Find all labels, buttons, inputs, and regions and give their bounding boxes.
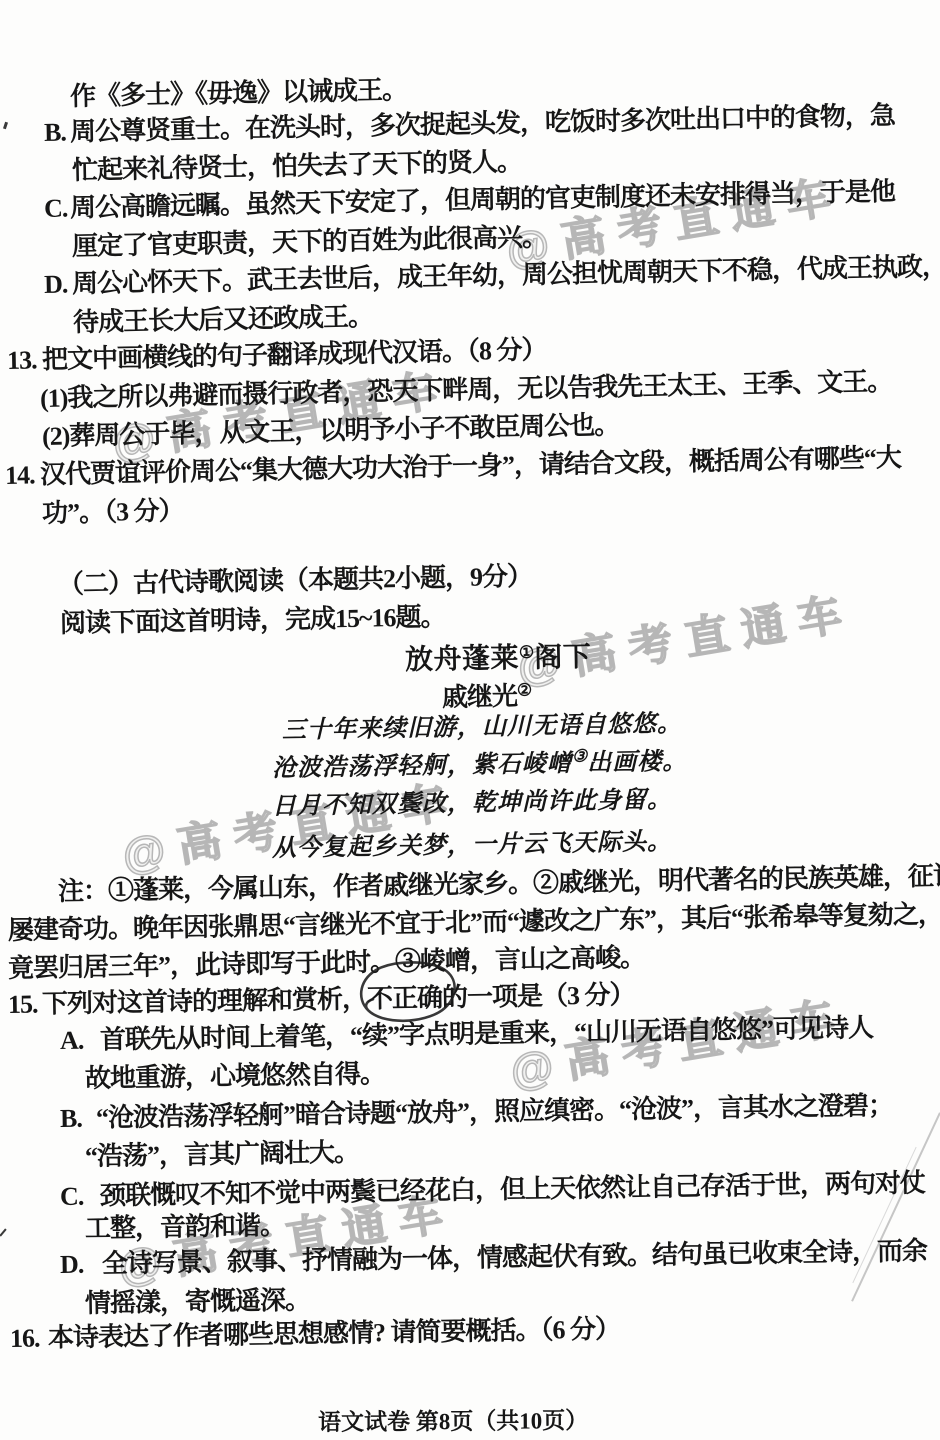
question-number: 15. (8, 989, 42, 1020)
question-text: 的一项是（3 分） (442, 980, 635, 1012)
poem-line: 日月不知双鬓改，乾坤尚许此身留。 (272, 779, 673, 821)
q15-option-c-line2: 工整，音韵和谐。 (85, 1205, 286, 1245)
poem-line: 沧波浩荡浮轻舸，紫石崚嶒③出画楼。 (272, 741, 688, 783)
footnote-marker: ③ (572, 747, 588, 766)
poem-title: 放舟蓬莱①阁下 (405, 635, 592, 678)
footnote-marker: ① (519, 643, 535, 662)
poem-title-text: 阁下 (534, 642, 592, 674)
option-label: B. (44, 117, 71, 148)
poem-line: 从今复起乡关梦，一片云飞天际头。 (272, 821, 673, 863)
circled-word-text: 不正确 (367, 983, 442, 1013)
option-label: D. (44, 269, 73, 300)
footnote-marker: ② (517, 680, 533, 699)
q14-stem-line2: 功”。（3 分） (42, 490, 184, 530)
q15-option-a-line2: 故地重游，心境悠然自得。 (85, 1053, 386, 1095)
poem-line-text: 沧波浩荡浮轻舸，紫石崚嶒 (272, 751, 572, 782)
section-heading: （二）古代诗歌阅读（本题共2小题，9分） (58, 556, 533, 601)
poem-line-text: 出画楼。 (587, 749, 687, 777)
ink-speck (3, 122, 8, 130)
option-text: “沧波浩荡浮轻舸”暗合诗题“放舟”，照应缜密。“沧波”，言其水之澄碧； (96, 1091, 893, 1133)
page-footer: 语文试卷 第8页（共10页） (318, 1402, 588, 1437)
option-label: C. (44, 193, 71, 224)
question-number: 13. (7, 345, 43, 376)
question-text: 下列对这首诗的理解和赏析， (42, 984, 367, 1018)
option-label: B. (60, 1103, 96, 1134)
option-label: A. (60, 1025, 100, 1056)
poem-title-text: 放舟蓬莱 (405, 643, 520, 676)
circled-word: 不正确 (367, 977, 443, 1015)
question-text: 本诗表达了作者哪些思想感情? 请简要概括。（6 分） (48, 1314, 620, 1352)
scratch-mark (851, 1112, 940, 1301)
poem-intro: 阅读下面这首明诗，完成15~16题。 (60, 596, 446, 640)
question-number: 16. (10, 1323, 48, 1354)
option-label: D. (60, 1249, 102, 1280)
q15-option-b-line2: “浩荡”，言其广阔壮大。 (85, 1132, 360, 1173)
ink-speck (0, 1228, 7, 1236)
question-number: 14. (5, 460, 41, 491)
poem-line: 三十年来续旧游，山川无语自悠悠。 (282, 703, 683, 745)
option-text: 颈联慨叹不知不觉中两鬓已经花白，但上天依然让自己存活于世，两句对仗 (100, 1168, 925, 1210)
exam-page: @高考直通车 @高考直通车 @高考直通车 @高考直通车 @高考直通车 @高考直通… (0, 0, 940, 1440)
option-text: 全诗写景、叙事、抒情融为一体，情感起伏有致。结句虽已收束全诗，而余 (102, 1236, 927, 1278)
